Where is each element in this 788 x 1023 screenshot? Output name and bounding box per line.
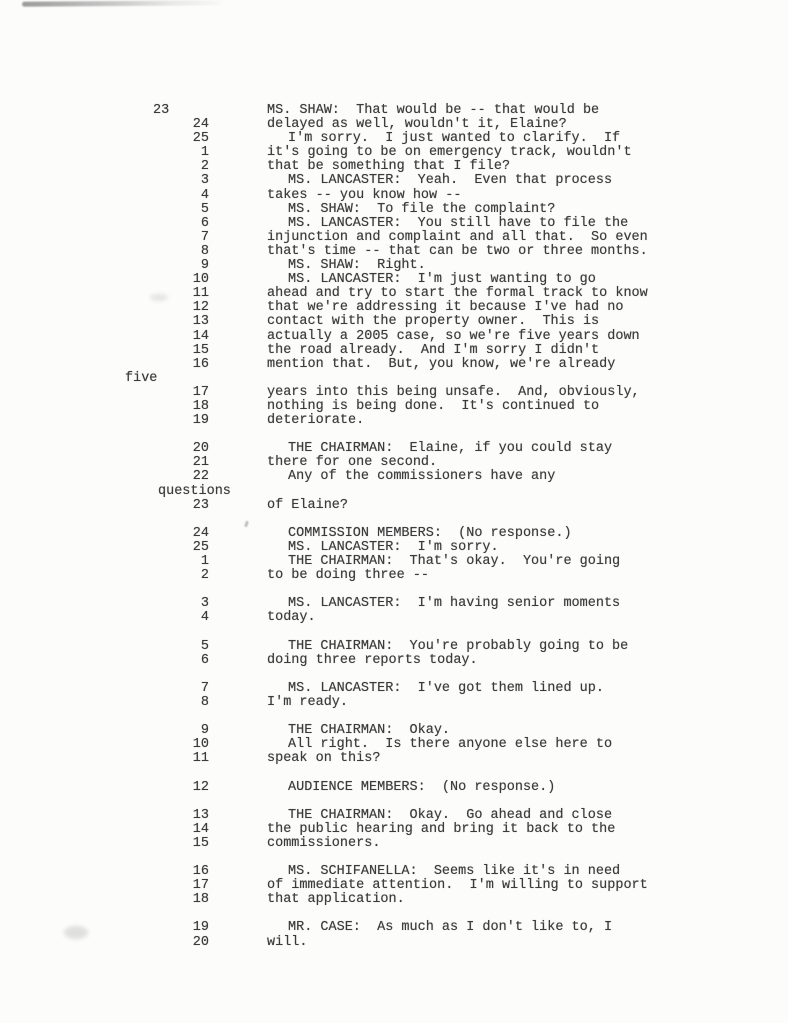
line-number: 17: [130, 386, 209, 400]
line-text: MS. LANCASTER: I'm just wanting to go: [288, 273, 596, 287]
line-number: 10: [130, 738, 209, 752]
transcript-line: 22Any of the commissioners have any: [0, 470, 788, 484]
transcript-line: 6MS. LANCASTER: You still have to file t…: [0, 217, 788, 231]
transcript-line: 21there for one second.: [0, 456, 788, 470]
line-number: 13: [130, 315, 209, 329]
transcript-line: 16mention that. But, you know, we're alr…: [0, 358, 788, 372]
transcript-line: 1it's going to be on emergency track, wo…: [0, 146, 788, 160]
line-text: MS. LANCASTER: Yeah. Even that process: [288, 174, 612, 188]
blank-line: [0, 710, 788, 724]
line-text: MS. SHAW: Right.: [288, 259, 426, 273]
transcript-line: 20THE CHAIRMAN: Elaine, if you could sta…: [0, 442, 788, 456]
transcript-line: 10All right. Is there anyone else here t…: [0, 738, 788, 752]
line-number: 5: [130, 203, 209, 217]
line-text: nothing is being done. It's continued to: [267, 400, 599, 414]
line-text: that we're addressing it because I've ha…: [267, 301, 623, 315]
line-number: 24: [130, 118, 209, 132]
line-text: I'm ready.: [267, 696, 348, 710]
blank-line: [0, 668, 788, 682]
transcript-line: 25MS. LANCASTER: I'm sorry.: [0, 541, 788, 555]
line-number: 3: [130, 174, 209, 188]
transcript-line: 11speak on this?: [0, 752, 788, 766]
line-number: 7: [130, 682, 209, 696]
transcript-line: 4takes -- you know how --: [0, 189, 788, 203]
line-number: 6: [130, 217, 209, 231]
blank-line: [0, 795, 788, 809]
line-number: 4: [130, 611, 209, 625]
transcript-line: 10MS. LANCASTER: I'm just wanting to go: [0, 273, 788, 287]
transcript-line: 18that application.: [0, 893, 788, 907]
line-text: THE CHAIRMAN: Okay. Go ahead and close: [288, 809, 612, 823]
line-number: 21: [130, 456, 209, 470]
transcript-line: 24delayed as well, wouldn't it, Elaine?: [0, 118, 788, 132]
line-number: 14: [130, 823, 209, 837]
line-number: 13: [130, 809, 209, 823]
blank-line: [0, 907, 788, 921]
line-text: I'm sorry. I just wanted to clarify. If: [288, 132, 620, 146]
transcript-line: 23of Elaine?: [0, 499, 788, 513]
line-text: MS. SHAW: That would be -- that would be: [267, 104, 599, 118]
line-number: 18: [130, 893, 209, 907]
line-number: 23: [153, 104, 169, 118]
line-number: 1: [130, 146, 209, 160]
line-number: 19: [130, 921, 209, 935]
line-number: 24: [130, 527, 209, 541]
line-text: today.: [267, 611, 316, 625]
line-number: 22: [130, 470, 209, 484]
transcript-line: 12that we're addressing it because I've …: [0, 301, 788, 315]
transcript-line: 13THE CHAIRMAN: Okay. Go ahead and close: [0, 809, 788, 823]
line-number: 25: [130, 541, 209, 555]
transcript-line: 18nothing is being done. It's continued …: [0, 400, 788, 414]
line-text: COMMISSION MEMBERS: (No response.): [288, 527, 572, 541]
line-number: 2: [130, 569, 209, 583]
line-number: 14: [130, 330, 209, 344]
transcript-line: 19MR. CASE: As much as I don't like to, …: [0, 921, 788, 935]
blank-line: [0, 583, 788, 597]
line-text: that application.: [267, 893, 405, 907]
line-number: 9: [130, 259, 209, 273]
line-number: 11: [130, 752, 209, 766]
line-text: of immediate attention. I'm willing to s…: [267, 879, 648, 893]
line-text: delayed as well, wouldn't it, Elaine?: [267, 118, 567, 132]
transcript-line: 17of immediate attention. I'm willing to…: [0, 879, 788, 893]
line-number: 2: [130, 160, 209, 174]
line-text: All right. Is there anyone else here to: [288, 738, 612, 752]
transcript-line: five: [0, 372, 788, 386]
transcript-line: 1THE CHAIRMAN: That's okay. You're going: [0, 555, 788, 569]
blank-line: [0, 625, 788, 639]
line-number: 8: [130, 245, 209, 259]
line-text: of Elaine?: [267, 499, 348, 513]
transcript-line: 15the road already. And I'm sorry I didn…: [0, 344, 788, 358]
transcript-line: 6doing three reports today.: [0, 654, 788, 668]
line-number: 11: [130, 287, 209, 301]
line-text: THE CHAIRMAN: Okay.: [288, 724, 450, 738]
line-text: deteriorate.: [267, 414, 364, 428]
transcript-line: 17years into this being unsafe. And, obv…: [0, 386, 788, 400]
line-text: ahead and try to start the formal track …: [267, 287, 648, 301]
line-text: years into this being unsafe. And, obvio…: [267, 386, 640, 400]
line-text: to be doing three --: [267, 569, 429, 583]
transcript-line: 11ahead and try to start the formal trac…: [0, 287, 788, 301]
line-number: 15: [130, 837, 209, 851]
transcript-line: 24COMMISSION MEMBERS: (No response.): [0, 527, 788, 541]
line-number: 23: [130, 499, 209, 513]
line-number: 15: [130, 344, 209, 358]
line-number: 20: [130, 936, 209, 950]
transcript-line: 20will.: [0, 936, 788, 950]
transcript-line: 7MS. LANCASTER: I've got them lined up.: [0, 682, 788, 696]
line-text: MS. SHAW: To file the complaint?: [288, 203, 555, 217]
line-text: it's going to be on emergency track, wou…: [267, 146, 632, 160]
transcript-body: 23MS. SHAW: That would be -- that would …: [0, 104, 788, 950]
line-text: actually a 2005 case, so we're five year…: [267, 330, 640, 344]
line-number: 8: [130, 696, 209, 710]
line-text: speak on this?: [267, 752, 380, 766]
transcript-line: 3MS. LANCASTER: I'm having senior moment…: [0, 597, 788, 611]
line-text: the public hearing and bring it back to …: [267, 823, 615, 837]
transcript-line: 4today.: [0, 611, 788, 625]
line-text: MS. LANCASTER: You still have to file th…: [288, 217, 628, 231]
transcript-line: 8that's time -- that can be two or three…: [0, 245, 788, 259]
margin-overflow-word: questions: [158, 485, 231, 499]
line-number: 25: [130, 132, 209, 146]
line-text: that be something that I file?: [267, 160, 510, 174]
blank-line: [0, 766, 788, 780]
line-text: THE CHAIRMAN: Elaine, if you could stay: [288, 442, 612, 456]
line-number: 18: [130, 400, 209, 414]
transcript-line: 2that be something that I file?: [0, 160, 788, 174]
blank-line: [0, 428, 788, 442]
transcript-line: 19deteriorate.: [0, 414, 788, 428]
transcript-line: 9THE CHAIRMAN: Okay.: [0, 724, 788, 738]
line-number: 16: [130, 358, 209, 372]
scan-artifact-top-streak: [22, 0, 222, 6]
transcript-line: 7injunction and complaint and all that. …: [0, 231, 788, 245]
line-number: 5: [130, 640, 209, 654]
transcript-line: 8I'm ready.: [0, 696, 788, 710]
line-text: Any of the commissioners have any: [288, 470, 555, 484]
line-text: the road already. And I'm sorry I didn't: [267, 344, 599, 358]
transcript-line: questions: [0, 485, 788, 499]
transcript-line: 25I'm sorry. I just wanted to clarify. I…: [0, 132, 788, 146]
line-number: 19: [130, 414, 209, 428]
line-number: 7: [130, 231, 209, 245]
line-text: commissioners.: [267, 837, 380, 851]
transcript-line: 16MS. SCHIFANELLA: Seems like it's in ne…: [0, 865, 788, 879]
transcript-line: 5THE CHAIRMAN: You're probably going to …: [0, 640, 788, 654]
line-text: there for one second.: [267, 456, 437, 470]
line-text: doing three reports today.: [267, 654, 478, 668]
line-number: 3: [130, 597, 209, 611]
blank-line: [0, 851, 788, 865]
blank-line: [0, 513, 788, 527]
line-number: 4: [130, 189, 209, 203]
line-number: 16: [130, 865, 209, 879]
line-text: AUDIENCE MEMBERS: (No response.): [288, 781, 555, 795]
line-text: takes -- you know how --: [267, 189, 461, 203]
line-number: 9: [130, 724, 209, 738]
line-text: MS. SCHIFANELLA: Seems like it's in need: [288, 865, 620, 879]
line-text: will.: [267, 936, 308, 950]
line-number: 12: [130, 301, 209, 315]
line-text: THE CHAIRMAN: You're probably going to b…: [288, 640, 628, 654]
line-text: THE CHAIRMAN: That's okay. You're going: [288, 555, 620, 569]
line-text: contact with the property owner. This is: [267, 315, 599, 329]
margin-overflow-word: five: [125, 372, 157, 386]
transcript-line: 15commissioners.: [0, 837, 788, 851]
line-text: MS. LANCASTER: I'm sorry.: [288, 541, 499, 555]
transcript-line: 14the public hearing and bring it back t…: [0, 823, 788, 837]
transcript-line: 13contact with the property owner. This …: [0, 315, 788, 329]
line-text: that's time -- that can be two or three …: [267, 245, 648, 259]
line-text: MS. LANCASTER: I've got them lined up.: [288, 682, 604, 696]
line-text: MS. LANCASTER: I'm having senior moments: [288, 597, 620, 611]
transcript-line: 5MS. SHAW: To file the complaint?: [0, 203, 788, 217]
transcript-line: 12AUDIENCE MEMBERS: (No response.): [0, 781, 788, 795]
line-number: 17: [130, 879, 209, 893]
line-text: mention that. But, you know, we're alrea…: [267, 358, 615, 372]
line-text: injunction and complaint and all that. S…: [267, 231, 648, 245]
line-number: 12: [130, 781, 209, 795]
line-number: 20: [130, 442, 209, 456]
line-number: 1: [130, 555, 209, 569]
transcript-line: 9MS. SHAW: Right.: [0, 259, 788, 273]
transcript-line: 3MS. LANCASTER: Yeah. Even that process: [0, 174, 788, 188]
transcript-line: 14actually a 2005 case, so we're five ye…: [0, 330, 788, 344]
line-number: 10: [130, 273, 209, 287]
line-text: MR. CASE: As much as I don't like to, I: [288, 921, 612, 935]
line-number: 6: [130, 654, 209, 668]
transcript-line: 23MS. SHAW: That would be -- that would …: [0, 104, 788, 118]
transcript-line: 2to be doing three --: [0, 569, 788, 583]
scanned-transcript-page: 23MS. SHAW: That would be -- that would …: [0, 0, 788, 1023]
